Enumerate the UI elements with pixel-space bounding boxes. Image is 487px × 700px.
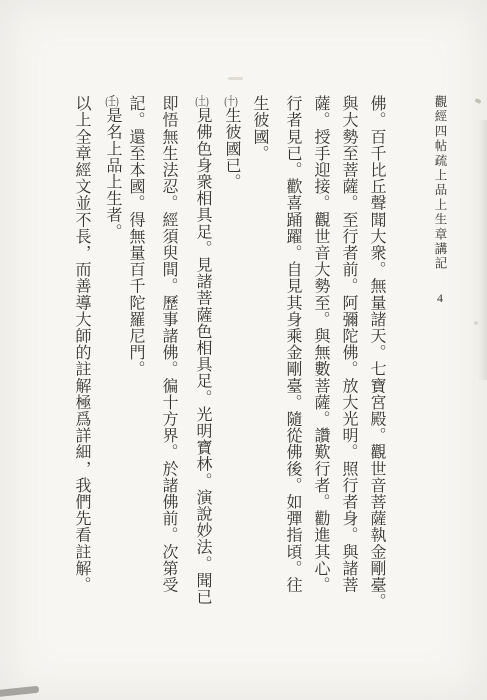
sutra-column: (壬)是名上品上生者。: [103, 95, 121, 700]
scan-speck: [474, 321, 478, 325]
sutra-column: 行者見已。歡喜踊躍。自見其身乘金剛臺。隨從佛後。如彈指頃。往: [284, 95, 301, 700]
column-text: 行者見已。歡喜踊躍。自見其身乘金剛臺。隨從佛後。如彈指頃。往: [284, 95, 301, 593]
scan-speck: [474, 98, 481, 104]
column-text: 見佛色身衆相具足。見諸菩薩色相具足。光明寶林。演說妙法。聞已: [194, 107, 211, 605]
column-text: 與大勢至菩薩。至行者前。阿彌陀佛。放大光明。照行者身。與諸菩: [340, 95, 357, 593]
column-text: 生彼國。: [251, 95, 268, 161]
column-text: 佛。百千比丘聲聞大衆。無量諸天。七寶宮殿。觀世音菩薩執金剛臺。: [368, 95, 385, 610]
book-title: 觀經四帖疏上品上生章講記: [433, 95, 447, 271]
scan-streak: [478, 120, 487, 380]
scan-smudge: [0, 686, 39, 698]
section-marker: (十): [224, 95, 238, 107]
sutra-column: 記。還至本國。得無量百千陀羅尼門。: [127, 95, 144, 700]
sutra-column: 生彼國。: [251, 95, 268, 700]
section-marker: (土): [195, 95, 209, 107]
column-text: 生彼國已。: [223, 107, 240, 190]
section-marker: (壬): [105, 95, 119, 107]
sutra-column: 薩。授手迎接。觀世音大勢至。與無數菩薩。讚歎行者。勸進其心。: [312, 95, 329, 700]
sutra-column: 與大勢至菩薩。至行者前。阿彌陀佛。放大光明。照行者身。與諸菩: [340, 95, 357, 700]
column-text: 記。還至本國。得無量百千陀羅尼門。: [127, 95, 144, 377]
column-text: 是名上品上生者。: [104, 107, 121, 240]
column-text: 以上全章經文並不長，而善導大師的註解極爲詳細，我們先看註解。: [73, 95, 90, 593]
column-text: 薩。授手迎接。觀世音大勢至。與無數菩薩。讚歎行者。勸進其心。: [312, 95, 329, 593]
scanned-book-page: 觀經四帖疏上品上生章講記 4 佛。百千比丘聲聞大衆。無量諸天。七寶宮殿。觀世音菩…: [0, 0, 487, 700]
page-number: 4: [432, 291, 447, 305]
sutra-column: 佛。百千比丘聲聞大衆。無量諸天。七寶宮殿。觀世音菩薩執金剛臺。: [368, 95, 385, 700]
scan-speck: [228, 77, 243, 80]
running-header: 觀經四帖疏上品上生章講記 4: [431, 95, 449, 700]
column-text: 即悟無生法忍。經須臾間。歷事諸佛。徧十方界。於諸佛前。次第受: [160, 95, 177, 593]
vertical-text-block: 觀經四帖疏上品上生章講記 4 佛。百千比丘聲聞大衆。無量諸天。七寶宮殿。觀世音菩…: [61, 0, 449, 700]
sutra-column: (十)生彼國已。: [222, 95, 240, 700]
sutra-column: (土)見佛色身衆相具足。見諸菩薩色相具足。光明寶林。演說妙法。聞已: [193, 95, 211, 700]
commentary-column: 以上全章經文並不長，而善導大師的註解極爲詳細，我們先看註解。: [73, 95, 90, 700]
sutra-column: 即悟無生法忍。經須臾間。歷事諸佛。徧十方界。於諸佛前。次第受: [160, 95, 177, 700]
